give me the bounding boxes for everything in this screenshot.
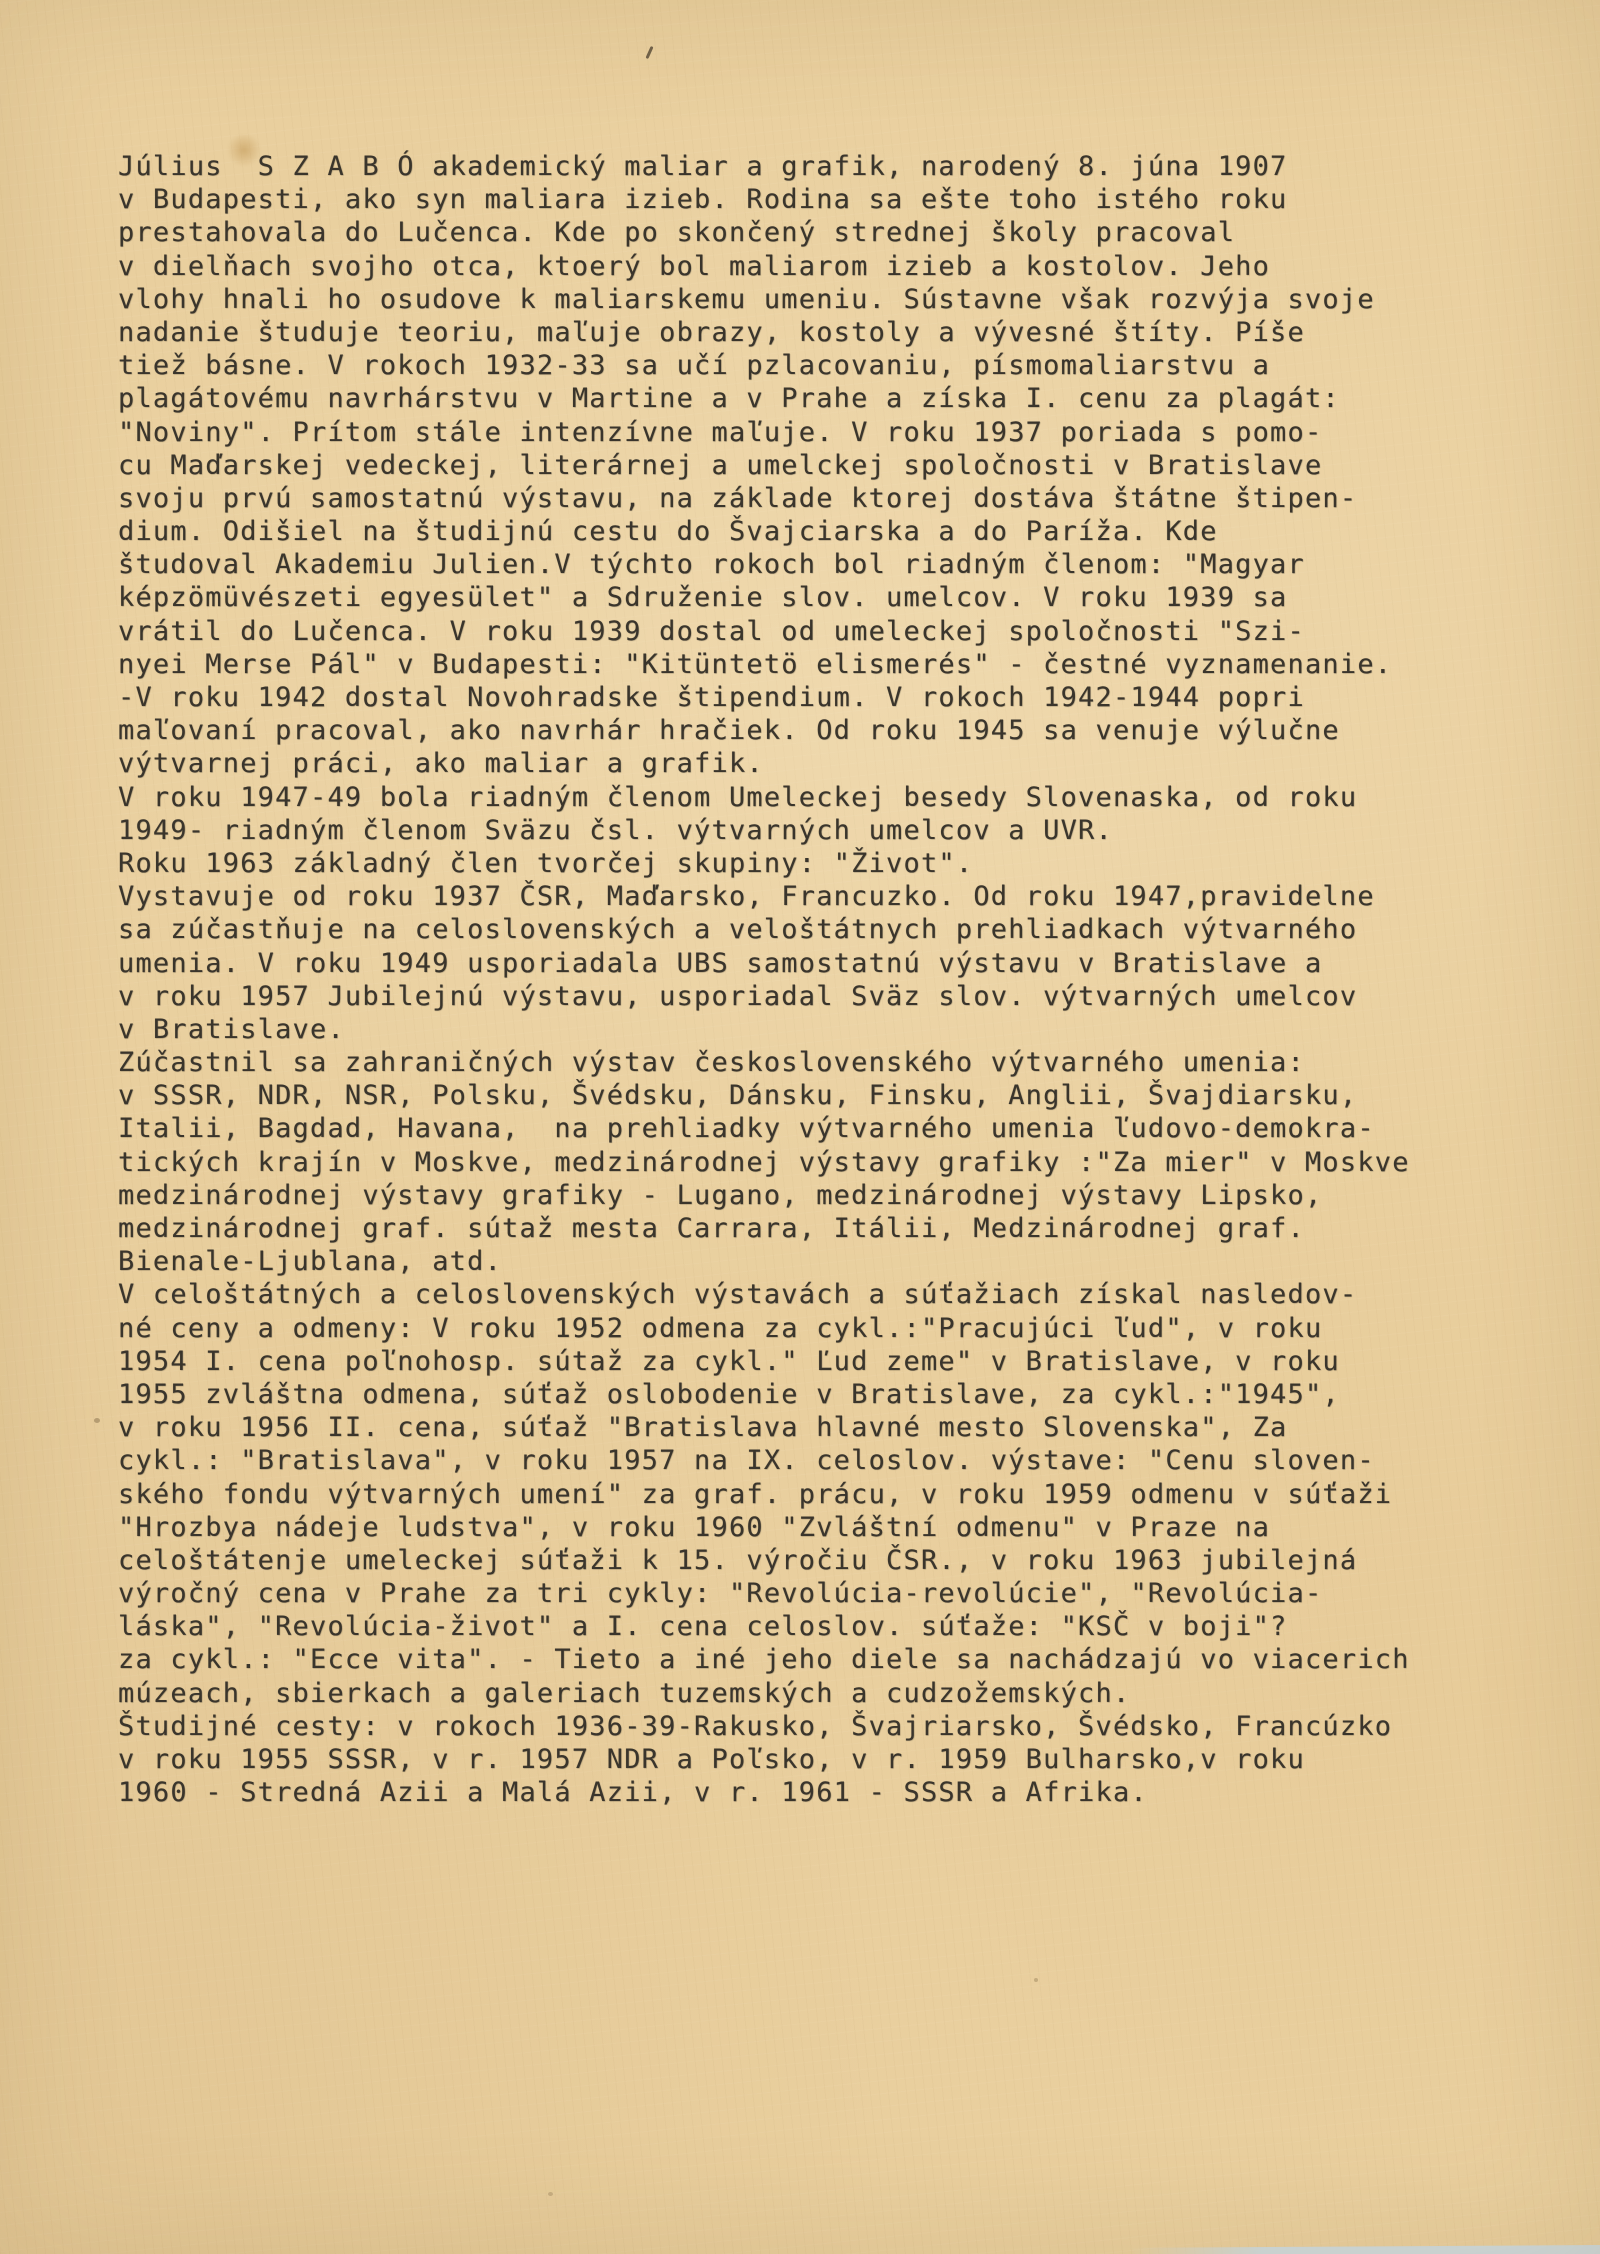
text-line: "Hrozbya nádeje ludstva", v roku 1960 "Z… [118, 1511, 1600, 1544]
text-line: "Noviny". Prítom stále intenzívne maľuje… [118, 416, 1600, 449]
text-line: Zúčastnil sa zahraničných výstav českosl… [118, 1046, 1600, 1079]
text-line: Italii, Bagdad, Havana, na prehliadky vý… [118, 1112, 1600, 1145]
text-line: 1954 I. cena poľnohosp. sútaž za cykl." … [118, 1345, 1600, 1378]
text-line: sa zúčastňuje na celoslovenských a veloš… [118, 913, 1600, 946]
text-line: nyei Merse Pál" v Budapesti: "Kitüntetö … [118, 648, 1600, 681]
text-line: celoštátenje umeleckej súťaži k 15. výro… [118, 1544, 1600, 1577]
text-line: -V roku 1942 dostal Novohradske štipendi… [118, 681, 1600, 714]
text-line: medzinárodnej výstavy grafiky - Lugano, … [118, 1179, 1600, 1212]
text-line: múzeach, sbierkach a galeriach tuzemskýc… [118, 1677, 1600, 1710]
text-line: Študijné cesty: v rokoch 1936-39-Rakusko… [118, 1710, 1600, 1743]
scanner-edge-strip [1130, 2245, 1600, 2254]
text-line: láska", "Revolúcia-život" a I. cena celo… [118, 1610, 1600, 1643]
text-line: tických krajín v Moskve, medzinárodnej v… [118, 1146, 1600, 1179]
text-line: umenia. V roku 1949 usporiadala UBS samo… [118, 947, 1600, 980]
text-line: v roku 1955 SSSR, v r. 1957 NDR a Poľsko… [118, 1743, 1600, 1776]
text-line: képzömüvészeti egyesület" a Sdruženie sl… [118, 581, 1600, 614]
text-line: v dielňach svojho otca, ktoerý bol malia… [118, 250, 1600, 283]
text-line: cykl.: "Bratislava", v roku 1957 na IX. … [118, 1444, 1600, 1477]
text-line: né ceny a odmeny: V roku 1952 odmena za … [118, 1312, 1600, 1345]
text-line: medzinárodnej graf. sútaž mesta Carrara,… [118, 1212, 1600, 1245]
text-line: v roku 1956 II. cena, súťaž "Bratislava … [118, 1411, 1600, 1444]
text-line: tiež básne. V rokoch 1932-33 sa učí pzla… [118, 349, 1600, 382]
text-line: v Budapesti, ako syn maliara izieb. Rodi… [118, 183, 1600, 216]
text-line: 1960 - Stredná Azii a Malá Azii, v r. 19… [118, 1776, 1600, 1809]
text-line: prestahovala do Lučenca. Kde po skončený… [118, 216, 1600, 249]
text-line: výročný cena v Prahe za tri cykly: "Revo… [118, 1577, 1600, 1610]
typewritten-text-block: Július S Z A B Ó akademický maliar a gra… [118, 150, 1600, 1809]
text-line: nadanie študuje teoriu, maľuje obrazy, k… [118, 316, 1600, 349]
text-line: Roku 1963 základný člen tvorčej skupiny:… [118, 847, 1600, 880]
text-line: za cykl.: "Ecce vita". - Tieto a iné jeh… [118, 1643, 1600, 1676]
paper-speck [94, 1418, 100, 1423]
text-line: v roku 1957 Jubilejnú výstavu, usporiada… [118, 980, 1600, 1013]
text-line: ského fondu výtvarných umení" za graf. p… [118, 1478, 1600, 1511]
text-line: v SSSR, NDR, NSR, Polsku, Švédsku, Dánsk… [118, 1079, 1600, 1112]
text-line: plagátovému navrhárstvu v Martine a v Pr… [118, 382, 1600, 415]
paper-speck [548, 2192, 553, 2196]
text-line: V celoštátných a celoslovenských výstavá… [118, 1278, 1600, 1311]
text-line: Vystavuje od roku 1937 ČSR, Maďarsko, Fr… [118, 880, 1600, 913]
scanned-document-page: { "colors": { "paper": "#e9cf9e", "ink":… [0, 0, 1600, 2254]
text-line: maľovaní pracoval, ako navrhár hračiek. … [118, 714, 1600, 747]
ink-tick-mark [645, 46, 653, 59]
text-line: vrátil do Lučenca. V roku 1939 dostal od… [118, 615, 1600, 648]
text-line: vlohy hnali ho osudove k maliarskemu ume… [118, 283, 1600, 316]
text-line: Július S Z A B Ó akademický maliar a gra… [118, 150, 1600, 183]
text-line: dium. Odišiel na študijnú cestu do Švajc… [118, 515, 1600, 548]
text-line: 1949- riadným členom Sväzu čsl. výtvarný… [118, 814, 1600, 847]
text-line: V roku 1947-49 bola riadným členom Umele… [118, 781, 1600, 814]
text-line: 1955 zvláštna odmena, súťaž oslobodenie … [118, 1378, 1600, 1411]
text-line: v Bratislave. [118, 1013, 1600, 1046]
text-line: výtvarnej práci, ako maliar a grafik. [118, 747, 1600, 780]
text-line: študoval Akademiu Julien.V týchto rokoch… [118, 548, 1600, 581]
text-line: Bienale-Ljublana, atd. [118, 1245, 1600, 1278]
text-line: svoju prvú samostatnú výstavu, na základ… [118, 482, 1600, 515]
paper-speck [1034, 1978, 1038, 1982]
text-line: cu Maďarskej vedeckej, literárnej a umel… [118, 449, 1600, 482]
